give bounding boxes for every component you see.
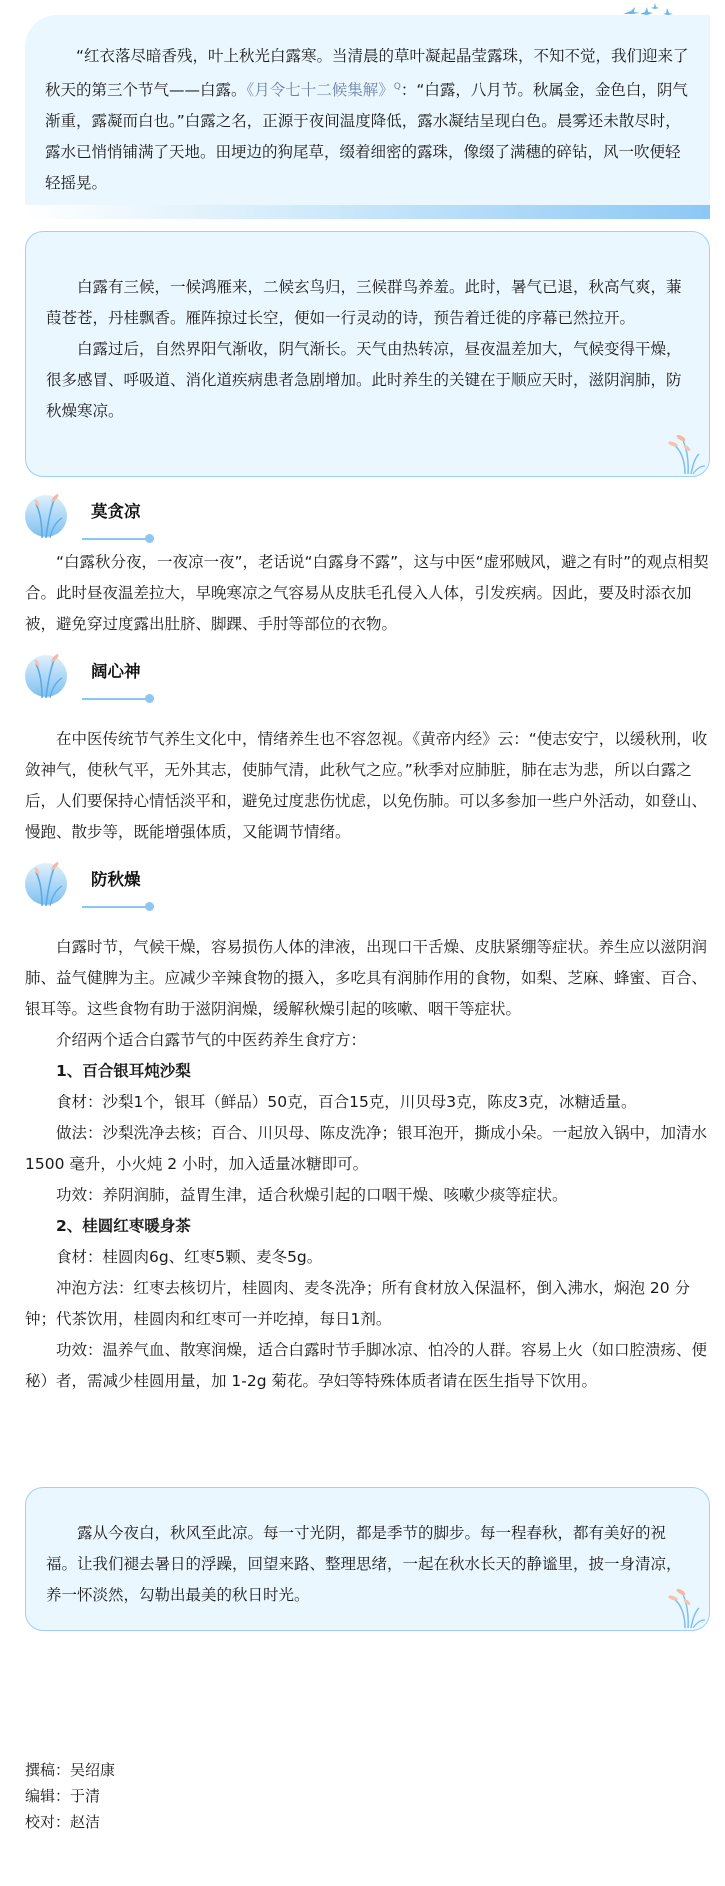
paragraph: 在中医传统节气养生文化中，情绪养生也不容忽视。《黄帝内经》云：“使志安宁，以缓秋… (25, 724, 710, 848)
title-underline (82, 538, 148, 540)
section-title: 防秋燥 (91, 866, 141, 890)
credits: 撰稿：吴绍康 编辑：于清 校对：赵洁 (25, 1757, 115, 1835)
section-title: 莫贪凉 (91, 498, 141, 522)
grass-decoration-icon (663, 1584, 707, 1628)
title-underline (82, 698, 148, 700)
credit-proofreader: 校对：赵洁 (25, 1809, 115, 1835)
credit-editor: 编辑：于清 (25, 1783, 115, 1809)
paragraph: 食材：沙梨1个，银耳（鲜品）50克，百合15克，川贝母3克，陈皮3克，冰糖适量。 (25, 1087, 710, 1118)
paragraph: 冲泡方法：红枣去核切片，桂圆肉、麦冬洗净；所有食材放入保温杯，倒入沸水，焖泡 2… (25, 1273, 710, 1335)
grass-decoration-icon (663, 430, 707, 474)
paragraph: 食材：桂圆肉6g、红枣5颗、麦冬5g。 (25, 1242, 710, 1273)
title-underline (82, 906, 148, 908)
closing-box: 露从今夜白，秋风至此凉。每一寸光阴，都是季节的脚步。每一程春秋，都有美好的祝福。… (25, 1487, 710, 1631)
solar-term-box: 白露有三候，一候鸿雁来，二候玄鸟归，三候群鸟养羞。此时，暑气已退，秋高气爽，蒹葭… (25, 231, 710, 477)
paragraph: 功效：温养气血、散寒润燥，适合白露时节手脚冰凉、怕冷的人群。容易上火（如口腔溃疡… (25, 1335, 710, 1397)
section-body: 白露时节，气候干燥，容易损伤人体的津液，出现口干舌燥、皮肤紧绷等症状。养生应以滋… (25, 932, 710, 1397)
search-icon[interactable]: Q (394, 82, 401, 92)
intro-box: “红衣落尽暗香残，叶上秋光白露寒。当清晨的草叶凝起晶莹露珠，不知不觉，我们迎来了… (25, 15, 710, 207)
underline-dot (145, 902, 154, 911)
grass-icon (24, 860, 68, 906)
section-body: “白露秋分夜，一夜凉一夜”，老话说“白露身不露”，这与中医“虚邪贼风，避之有时”… (25, 547, 710, 640)
underline-dot (145, 694, 154, 703)
section-header-fang-qiu-zao: 防秋燥 (24, 860, 224, 908)
grass-icon (24, 652, 68, 698)
section-title: 阔心神 (91, 658, 141, 682)
paragraph: 白露有三候，一候鸿雁来，二候玄鸟归，三候群鸟养羞。此时，暑气已退，秋高气爽，蒹葭… (26, 272, 709, 334)
section-header-mo-tan-liang: 莫贪凉 (24, 492, 224, 540)
paragraph: “白露秋分夜，一夜凉一夜”，老话说“白露身不露”，这与中医“虚邪贼风，避之有时”… (25, 547, 710, 640)
credit-author: 撰稿：吴绍康 (25, 1757, 115, 1783)
paragraph: 功效：养阴润肺，益胃生津，适合秋燥引起的口咽干燥、咳嗽少痰等症状。 (25, 1180, 710, 1211)
paragraph: 做法：沙梨洗净去核；百合、川贝母、陈皮洗净；银耳泡开，撕成小朵。一起放入锅中，加… (25, 1118, 710, 1180)
book-link[interactable]: 《月令七十二候集解》 (247, 81, 394, 99)
paragraph: 白露时节，气候干燥，容易损伤人体的津液，出现口干舌燥、皮肤紧绷等症状。养生应以滋… (25, 932, 710, 1025)
recipe-title: 1、百合银耳炖沙梨 (25, 1056, 710, 1087)
grass-icon (24, 492, 68, 538)
intro-paragraph: “红衣落尽暗香残，叶上秋光白露寒。当清晨的草叶凝起晶莹露珠，不知不觉，我们迎来了… (45, 41, 690, 199)
underline-dot (145, 534, 154, 543)
recipe-title: 2、桂圆红枣暖身茶 (25, 1211, 710, 1242)
paragraph: 露从今夜白，秋风至此凉。每一寸光阴，都是季节的脚步。每一程春秋，都有美好的祝福。… (26, 1518, 709, 1611)
paragraph: 白露过后，自然界阳气渐收，阴气渐长。天气由热转凉，昼夜温差加大，气候变得干燥，很… (26, 334, 709, 427)
section-header-kuo-xin-shen: 阔心神 (24, 652, 224, 700)
section-body: 在中医传统节气养生文化中，情绪养生也不容忽视。《黄帝内经》云：“使志安宁，以缓秋… (25, 724, 710, 848)
intro-gradient-bar (25, 205, 710, 219)
paragraph: 介绍两个适合白露节气的中医药养生食疗方： (25, 1025, 710, 1056)
